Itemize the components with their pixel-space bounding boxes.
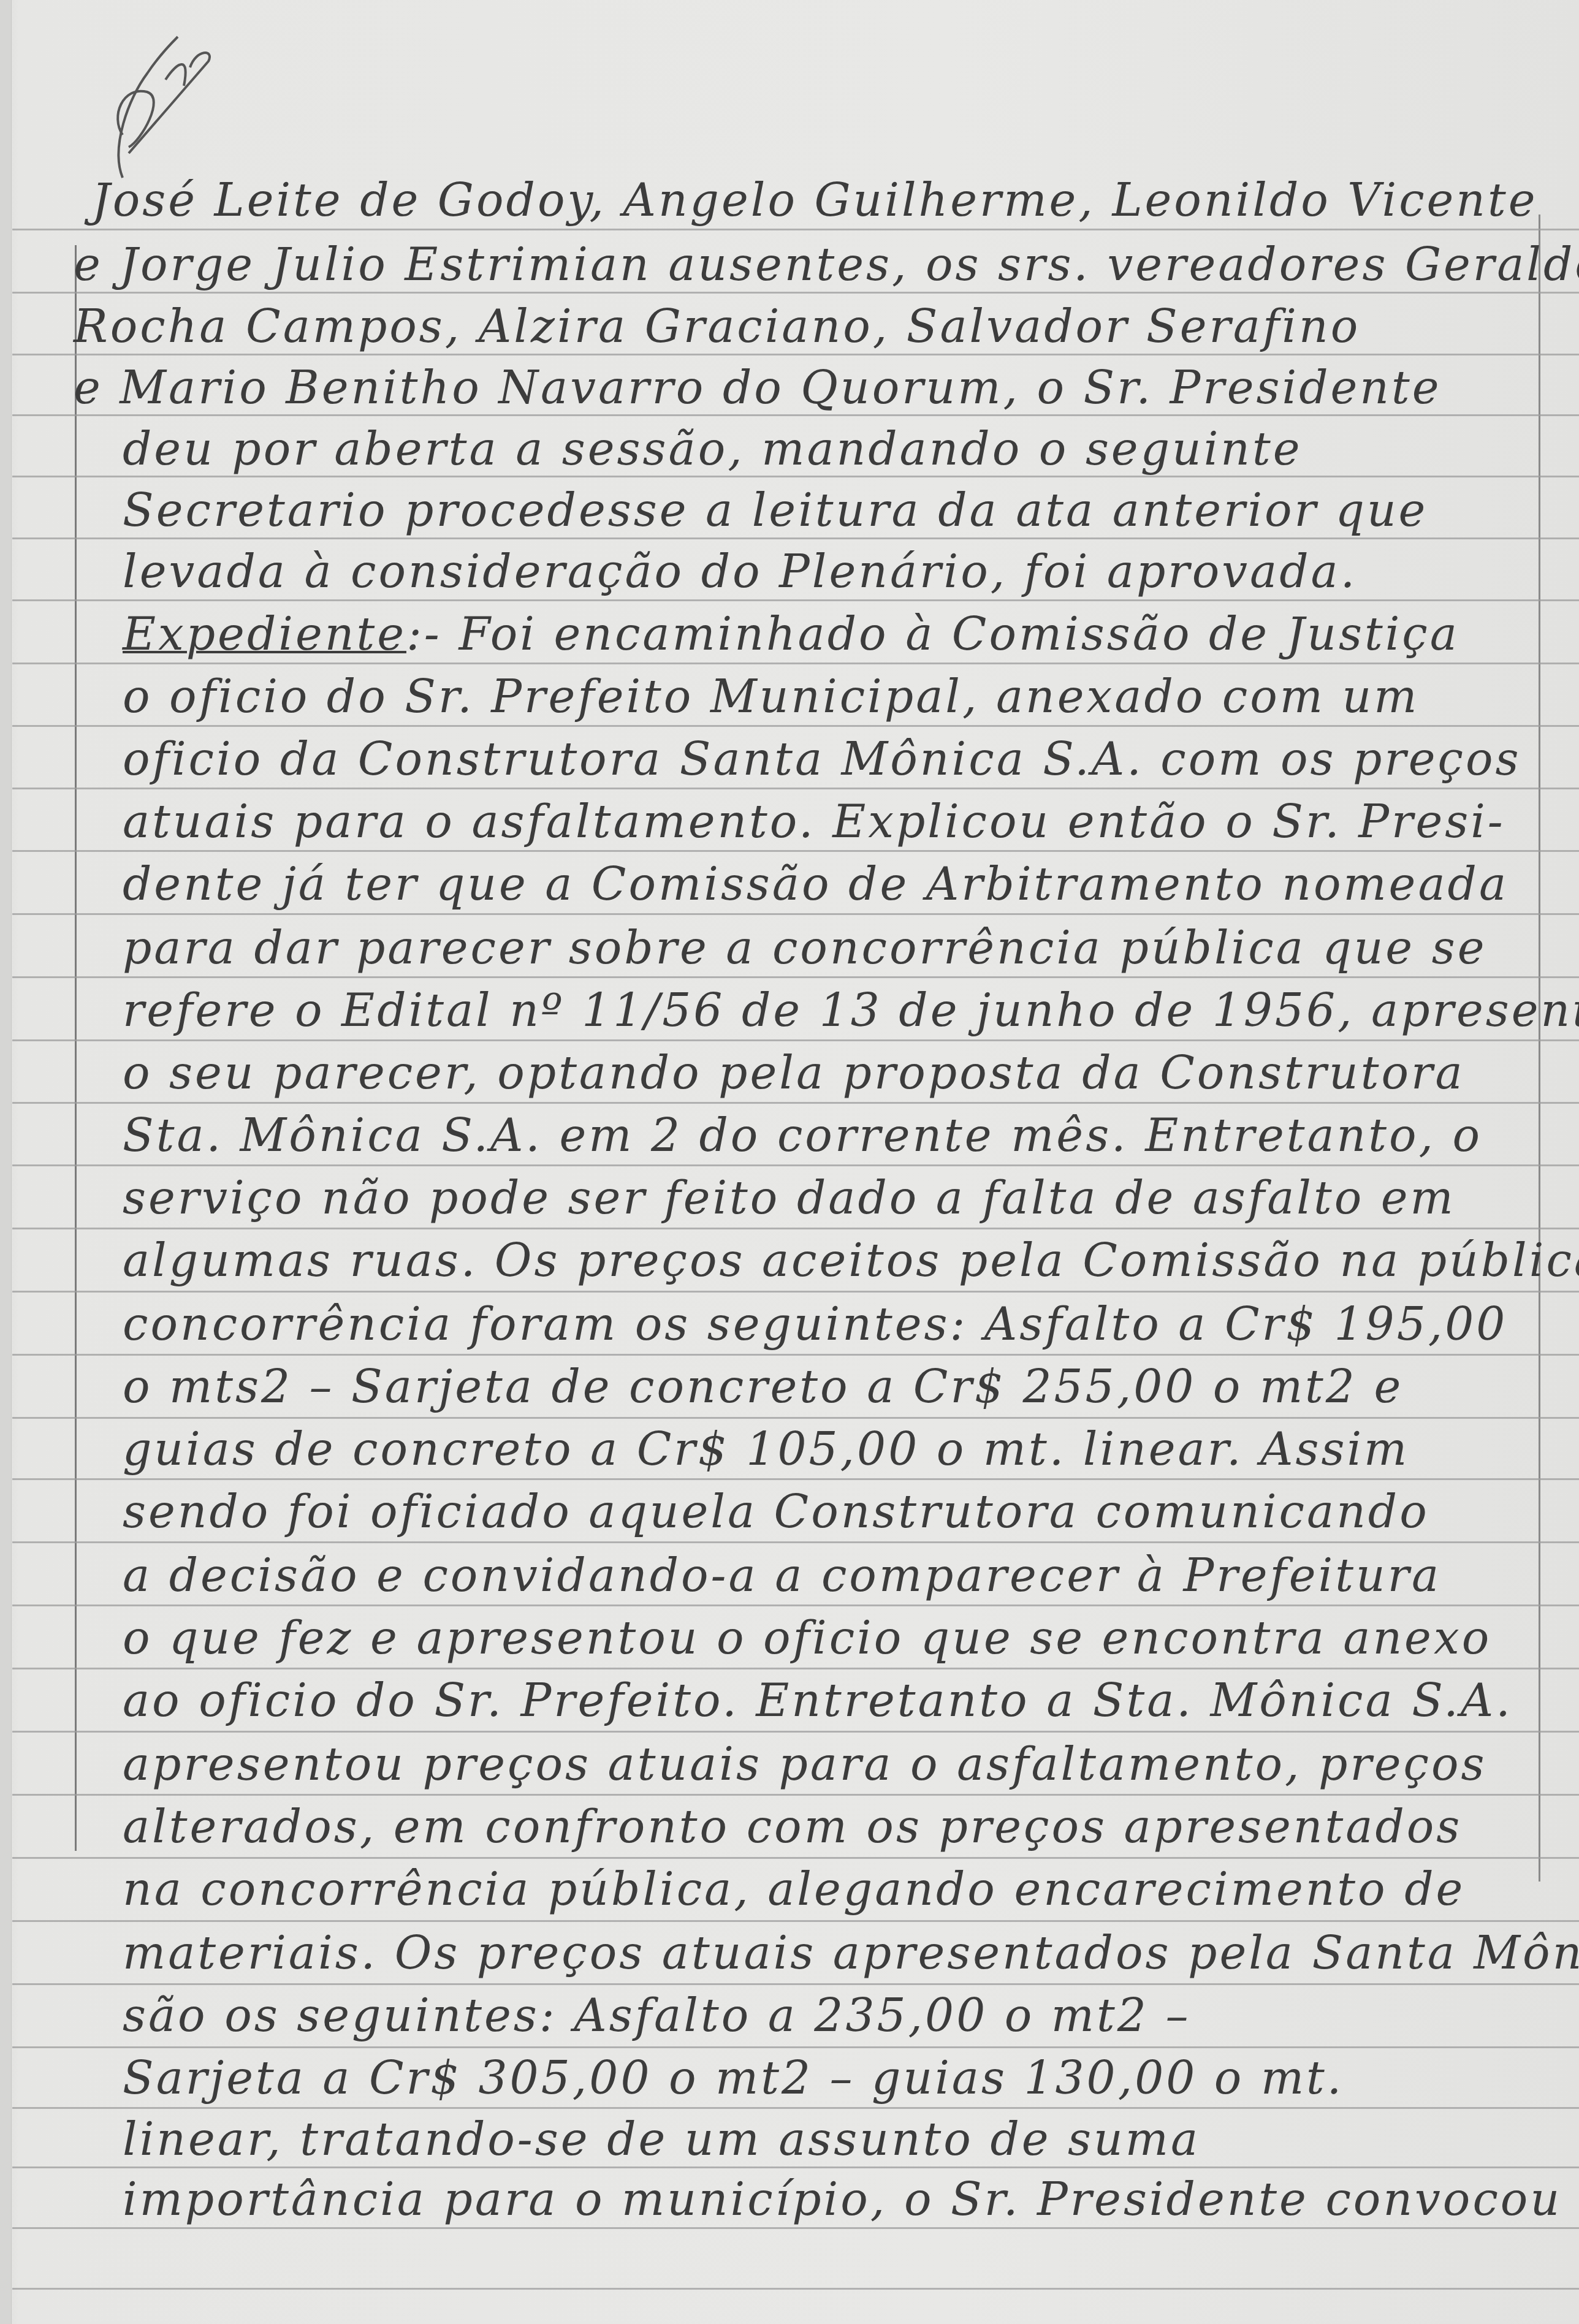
ruled-line <box>12 1164 1579 1166</box>
ruled-line <box>12 1102 1579 1104</box>
text-line: linear, tratando-se de um assunto de sum… <box>123 2117 1532 2162</box>
text-line: na concorrência pública, alegando encare… <box>123 1867 1532 1912</box>
text-line: sendo foi oficiado aquela Construtora co… <box>123 1489 1532 1535</box>
text-line: importância para o município, o Sr. Pres… <box>123 2177 1532 2222</box>
right-margin-rule <box>1539 215 1540 1882</box>
ruled-line <box>12 663 1579 664</box>
page-binding-edge <box>0 0 12 2324</box>
ruled-line <box>12 354 1579 355</box>
initials-stamp-icon <box>86 25 221 184</box>
ruled-line <box>12 850 1579 852</box>
ruled-line <box>12 1920 1579 1922</box>
text-line: levada à consideração do Plenário, foi a… <box>123 549 1532 594</box>
ruled-line <box>12 476 1579 477</box>
text-line: deu por aberta a sessão, mandando o segu… <box>123 427 1532 472</box>
expediente-heading-line: Expediente:- Foi encaminhado à Comissão … <box>123 612 1532 657</box>
ruled-line <box>12 1291 1579 1293</box>
text-line: concorrência foram os seguintes: Asfalto… <box>123 1302 1532 1347</box>
ruled-line <box>12 1228 1579 1229</box>
text-line: são os seguintes: Asfalto a 235,00 o mt2… <box>123 1993 1532 2038</box>
expediente-heading: Expediente <box>123 608 406 661</box>
ruled-line <box>12 2288 1579 2290</box>
ruled-line <box>12 725 1579 727</box>
text-line: alterados, em confronto com os preços ap… <box>123 1804 1532 1850</box>
ruled-line <box>12 788 1579 789</box>
text-line: apresentou preços atuais para o asfaltam… <box>123 1742 1532 1787</box>
text-line: e Mario Benitho Navarro do Quorum, o Sr.… <box>74 365 1483 411</box>
left-margin-rule <box>75 245 77 1851</box>
ruled-line <box>12 292 1579 294</box>
text-line: o oficio do Sr. Prefeito Municipal, anex… <box>123 674 1532 720</box>
text-line: guias de concreto a Cr$ 105,00 o mt. lin… <box>123 1427 1532 1472</box>
text-line: oficio da Construtora Santa Mônica S.A. … <box>123 737 1532 782</box>
ruled-line <box>12 537 1579 539</box>
text-line: o mts2 – Sarjeta de concreto a Cr$ 255,0… <box>123 1364 1532 1410</box>
text-line: o que fez e apresentou o oficio que se e… <box>123 1616 1532 1661</box>
ruled-line <box>12 1857 1579 1859</box>
ruled-line <box>12 1354 1579 1356</box>
text-line: atuais para o asfaltamento. Explicou ent… <box>123 799 1532 845</box>
text-line: refere o Edital nº 11/56 de 13 de junho … <box>123 988 1532 1033</box>
text-line: Rocha Campos, Alzira Graciano, Salvador … <box>74 304 1483 349</box>
text-line: ao oficio do Sr. Prefeito. Entretanto a … <box>123 1678 1532 1723</box>
ruled-line <box>12 599 1579 601</box>
ruled-line <box>12 414 1579 416</box>
ruled-line <box>12 2107 1579 2109</box>
ruled-line <box>12 2227 1579 2229</box>
ruled-line <box>12 1794 1579 1796</box>
ledger-page: José Leite de Godoy, Angelo Guilherme, L… <box>0 0 1579 2324</box>
text-line: Sta. Mônica S.A. em 2 do corrente mês. E… <box>123 1113 1532 1158</box>
ruled-line <box>12 2166 1579 2168</box>
text-line: o seu parecer, optando pela proposta da … <box>123 1050 1532 1096</box>
ruled-line <box>12 976 1579 978</box>
text-line: e Jorge Julio Estrimian ausentes, os srs… <box>74 242 1483 287</box>
text-line: para dar parecer sobre a concorrência pú… <box>123 925 1532 971</box>
text-line: Secretario procedesse a leitura da ata a… <box>123 488 1532 533</box>
ruled-line <box>12 1541 1579 1543</box>
text-line: serviço não pode ser feito dado a falta … <box>123 1175 1532 1221</box>
text-line: a decisão e convidando-a a comparecer à … <box>123 1553 1532 1598</box>
ruled-line <box>12 1039 1579 1041</box>
text-line: dente já ter que a Comissão de Arbitrame… <box>123 862 1532 907</box>
ruled-line <box>12 1983 1579 1985</box>
ruled-line <box>12 1604 1579 1606</box>
text-line: materiais. Os preços atuais apresentados… <box>123 1931 1532 1976</box>
text-line: Sarjeta a Cr$ 305,00 o mt2 – guias 130,0… <box>123 2056 1532 2101</box>
text-line: algumas ruas. Os preços aceitos pela Com… <box>123 1238 1532 1283</box>
ruled-line <box>12 1731 1579 1733</box>
ruled-line <box>12 913 1579 915</box>
ruled-line <box>12 1478 1579 1480</box>
ruled-line <box>12 229 1579 230</box>
ruled-line <box>12 1417 1579 1419</box>
text-line: José Leite de Godoy, Angelo Guilherme, L… <box>92 178 1502 223</box>
ruled-line <box>12 1668 1579 1669</box>
ruled-line <box>12 2046 1579 2048</box>
